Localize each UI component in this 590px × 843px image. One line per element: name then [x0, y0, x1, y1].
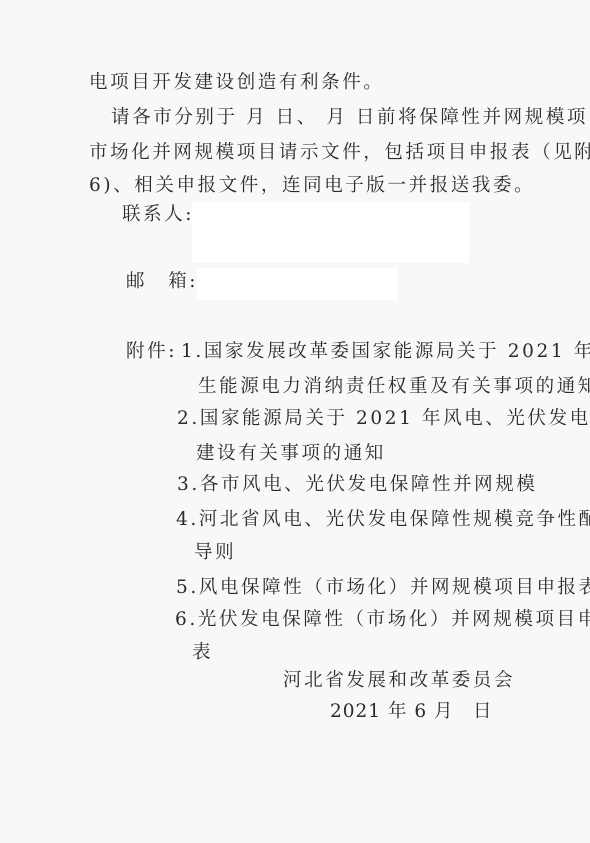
attachment-6-line-2: 表	[192, 642, 213, 664]
email-redacted-box	[197, 268, 398, 300]
attachment-1-line-1: 1.国家发展改革委国家能源局关于 2021 年可再	[181, 341, 590, 363]
contact-redacted-box	[192, 202, 469, 263]
signature-organization: 河北省发展和改革委员会	[283, 670, 515, 692]
attachment-2-line-1: 2.国家能源局关于 2021 年风电、光伏发电开发	[177, 408, 590, 430]
attachment-3-line-1: 3.各市风电、光伏发电保障性并网规模	[177, 474, 537, 496]
attachment-5-line-1: 5.风电保障性（市场化）并网规模项目申报表	[176, 577, 590, 599]
attachment-2-line-2: 建设有关事项的通知	[196, 443, 386, 465]
attachment-1-line-2: 生能源电力消纳责任权重及有关事项的通知	[198, 376, 590, 398]
attachment-4-line-2: 导则	[194, 542, 236, 564]
attachments-label: 附件:	[126, 341, 177, 363]
body-paragraph-3: 市场化并网规模项目请示文件，包括项目申报表（见附件 5、	[89, 142, 590, 164]
email-label: 邮 箱:	[126, 271, 198, 293]
contact-label: 联系人:	[122, 204, 194, 226]
attachment-4-line-1: 4.河北省风电、光伏发电保障性规模竞争性配置	[176, 509, 590, 531]
body-paragraph-4: 6)、相关申报文件，连同电子版一并报送我委。	[89, 175, 535, 197]
body-paragraph-2: 请各市分别于 月 日、 月 日前将保障性并网规模项目、	[111, 107, 590, 129]
signature-date: 2021 年 6 月 日	[330, 701, 493, 723]
document-page: 电项目开发建设创造有利条件。 请各市分别于 月 日、 月 日前将保障性并网规模项…	[0, 0, 590, 843]
attachment-6-line-1: 6.光伏发电保障性（市场化）并网规模项目申报	[175, 609, 590, 631]
body-paragraph-1: 电项目开发建设创造有利条件。	[89, 72, 384, 94]
